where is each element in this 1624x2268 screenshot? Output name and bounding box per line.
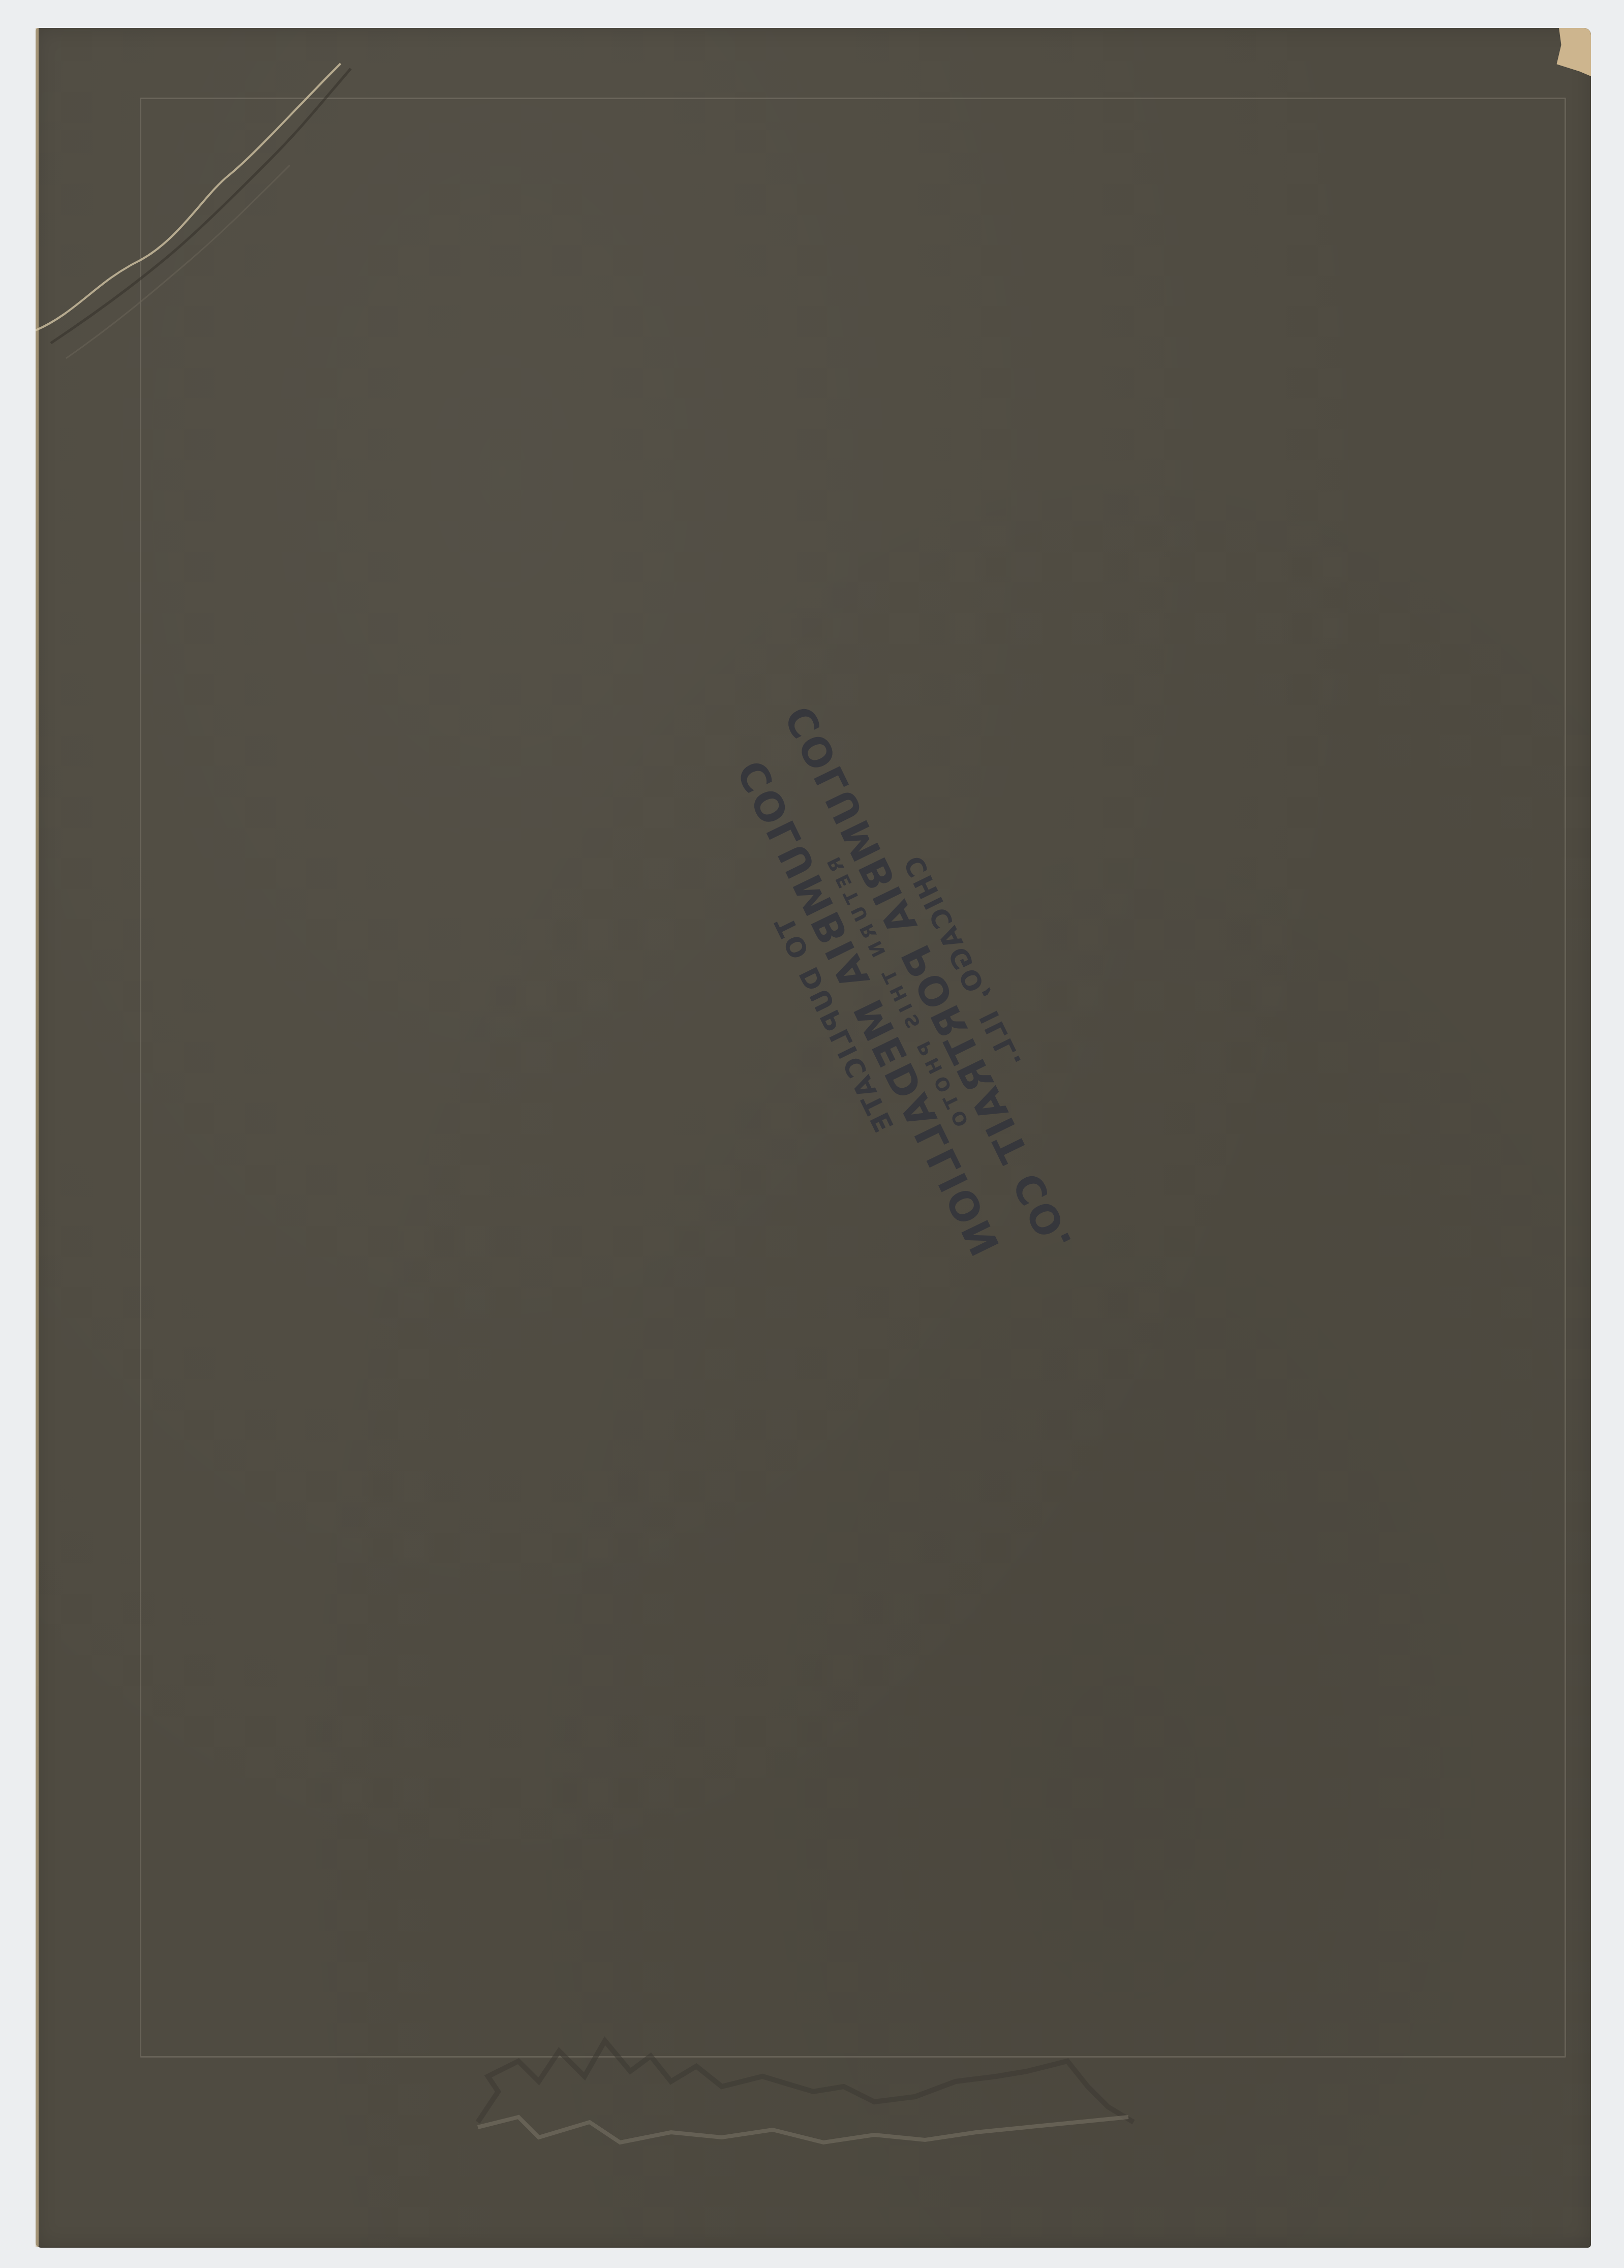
embossed-frame-line xyxy=(140,98,1566,2058)
scan-background: TO DUPLICATE COLUMBIA MEDALLION RETURN T… xyxy=(0,0,1624,2268)
cabinet-card-back: TO DUPLICATE COLUMBIA MEDALLION RETURN T… xyxy=(36,28,1591,2247)
embossed-ornament-icon xyxy=(457,2020,1220,2153)
damaged-corner-top-right xyxy=(1545,28,1591,76)
crease-icon xyxy=(36,28,646,384)
